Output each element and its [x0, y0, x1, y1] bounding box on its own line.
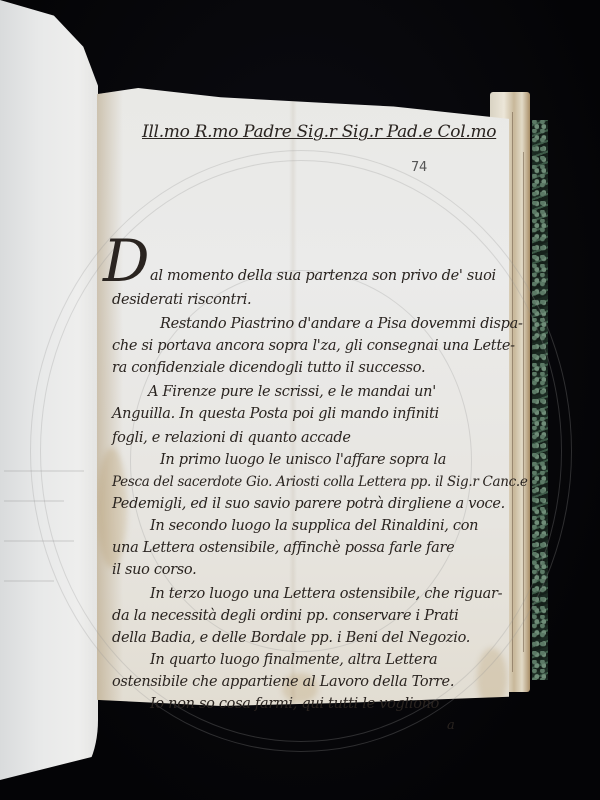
text-line: il suo corso.: [112, 562, 196, 578]
text-line: Anguilla. In questa Posta poi gli mando …: [112, 406, 439, 422]
bleed-through-text: [4, 500, 64, 502]
text-line: In terzo luogo una Lettera ostensibile, …: [150, 586, 502, 602]
marbled-cover-edge: [532, 120, 548, 680]
text-line: Pedemigli, ed il suo savio parere potrà …: [112, 496, 505, 512]
folio-number: 74: [411, 160, 427, 175]
text-line: che si portava ancora sopra l'za, gli co…: [112, 338, 515, 354]
text-line: In quarto luogo finalmente, altra Letter…: [150, 652, 437, 668]
text-line: In secondo luogo la supplica del Rinaldi…: [150, 518, 478, 534]
text-line: In primo luogo le unisco l'affare sopra …: [160, 452, 446, 468]
text-line: Restando Piastrino d'andare a Pisa dovem…: [160, 316, 523, 332]
text-line: una Lettera ostensibile, affinchè possa …: [112, 540, 454, 556]
salutation: Ill.mo R.mo Padre Sig.r Sig.r Pad.e Col.…: [142, 122, 496, 142]
text-line: desiderati riscontri.: [112, 292, 251, 308]
page-edge-line: [512, 112, 513, 672]
page-edge-line: [523, 152, 524, 652]
text-line: al momento della sua partenza son privo …: [150, 268, 496, 284]
text-line: A Firenze pure le scrissi, e le mandai u…: [148, 384, 436, 400]
decorated-initial: D: [103, 232, 150, 290]
bleed-through-text: [4, 470, 84, 472]
text-line: ra confidenziale dicendogli tutto il suc…: [112, 360, 425, 376]
bleed-through-text: [4, 580, 54, 582]
text-line: fogli, e relazioni di quanto accade: [112, 430, 351, 446]
text-line: Io non so cosa farmi, qui tutti le vogli…: [150, 696, 439, 712]
text-line: ostensibile che appartiene al Lavoro del…: [112, 674, 454, 690]
text-line: da la necessità degli ordini pp. conserv…: [112, 608, 458, 624]
catchword: a: [447, 718, 454, 733]
bleed-through-text: [4, 540, 74, 542]
text-line: della Badia, e delle Bordale pp. i Beni …: [112, 630, 470, 646]
left-page: [0, 0, 98, 780]
text-line: Pesca del sacerdote Gio. Ariosti colla L…: [112, 474, 528, 490]
